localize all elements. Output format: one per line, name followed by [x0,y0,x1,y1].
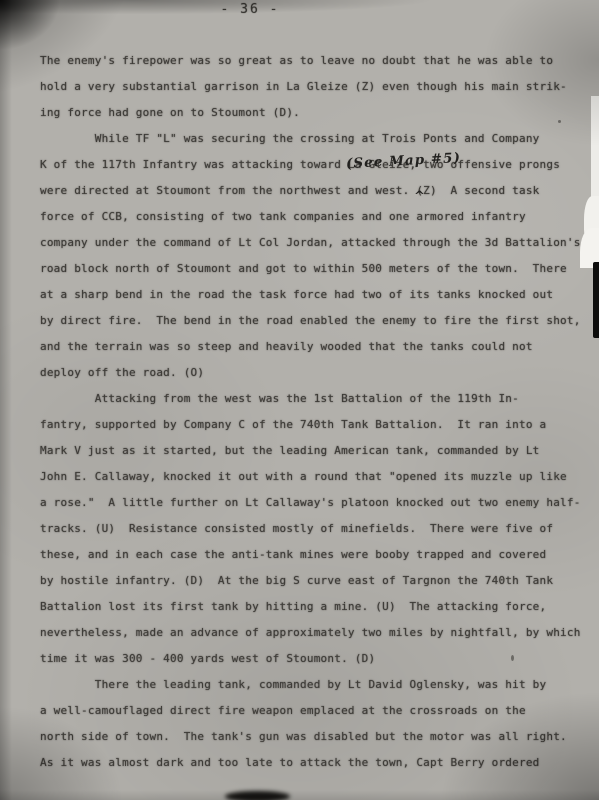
text-line: Mark V just as it started, but the leadi… [40,438,585,464]
text-line: The enemy's firepower was so great as to… [40,48,585,74]
text-line: As it was almost dark and too late to at… [40,750,585,776]
text-line: tracks. (U) Resistance consisted mostly … [40,516,585,542]
text-line: ing force had gone on to Stoumont (D). [40,100,585,126]
text-line: by hostile infantry. (D) At the big S cu… [40,568,585,594]
paper-speck [511,655,514,661]
text-line: by direct fire. The bend in the road ena… [40,308,585,334]
text-line: fantry, supported by Company C of the 74… [40,412,585,438]
text-line: at a sharp bend in the road the task for… [40,282,585,308]
text-line: Battalion lost its first tank by hitting… [40,594,585,620]
page-number: - 36 - [0,2,500,17]
text-line: Attacking from the west was the 1st Batt… [40,386,585,412]
typewritten-text-block: The enemy's firepower was so great as to… [40,48,585,776]
text-line: force of CCB, consisting of two tank com… [40,204,585,230]
insertion-caret-mark: ^ [414,189,425,204]
paper-speck [558,120,561,123]
text-line: There the leading tank, commanded by Lt … [40,672,585,698]
text-line: these, and in each case the anti-tank mi… [40,542,585,568]
text-line: road block north of Stoumont and got to … [40,256,585,282]
text-line: company under the command of Lt Col Jord… [40,230,585,256]
text-line: a rose." A little further on Lt Callaway… [40,490,585,516]
scan-edge-black-bar [593,262,599,338]
document-page: - 36 - The enemy's firepower was so grea… [0,0,599,800]
text-line: hold a very substantial garrison in La G… [40,74,585,100]
text-line: were directed at Stoumont from the north… [40,178,585,204]
text-line: nevertheless, made an advance of approxi… [40,620,585,646]
text-line: deploy off the road. (O) [40,360,585,386]
text-line: John E. Callaway, knocked it out with a … [40,464,585,490]
text-line: and the terrain was so steep and heavily… [40,334,585,360]
ink-smudge [225,791,290,800]
text-line: north side of town. The tank's gun was d… [40,724,585,750]
text-line: a well-camouflaged direct fire weapon em… [40,698,585,724]
text-line: time it was 300 - 400 yards west of Stou… [40,646,585,672]
text-line: K of the 117th Infantry was attacking to… [40,152,585,178]
text-line: While TF "L" was securing the crossing a… [40,126,585,152]
